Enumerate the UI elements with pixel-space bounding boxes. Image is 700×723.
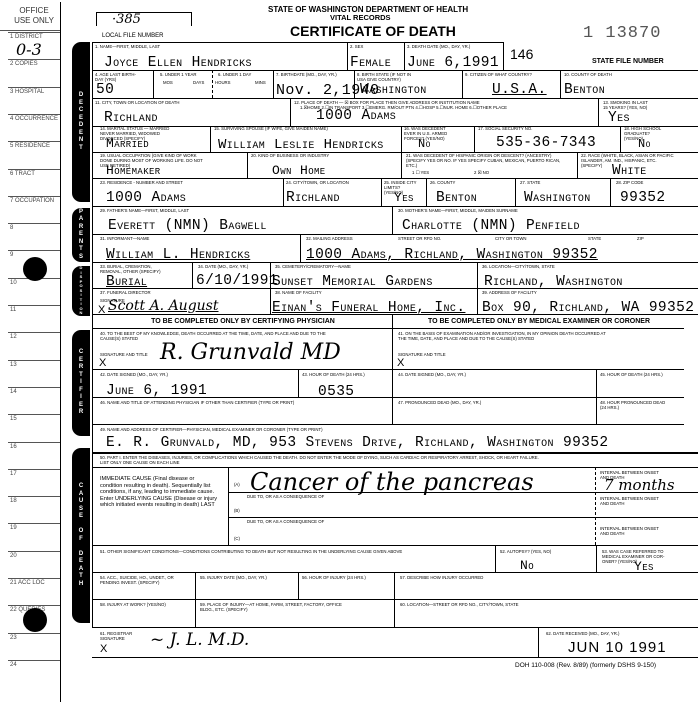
office-row-label: 2 COPIES [10,61,38,67]
f58-label: 58. INJURY AT WORK? (Yes/No) [100,602,166,607]
smoking-value[interactable]: Yes [608,110,630,126]
office-row-divider [8,605,60,606]
f57-label: 57. DESCRIBE HOW INJURY OCCURRED [400,575,483,580]
age-label: 4. AGE LAST BIRTH- DAY (Yrs) [95,72,136,82]
office-row-divider [8,414,60,415]
state-file-label: STATE FILE NUMBER [592,58,664,65]
office-row-divider [8,496,60,497]
examiner-banner: TO BE COMPLETED ONLY BY MEDICAL EXAMINER… [394,318,684,325]
city-of-death-value[interactable]: Richland [104,110,158,126]
res-city-value[interactable]: Richland [286,190,340,206]
office-row-label: 23 [10,635,17,641]
city-sublabel: CITY OR TOWN [495,236,527,241]
zip-value[interactable]: 99352 [620,190,666,206]
city-of-death-label: 11. CITY, TOWN OR LOCATION OF DEATH [95,100,180,105]
office-row-label: 10 [10,280,17,286]
f46-label: 46. NAME AND TITLE OF ATTENDING PHYSICIA… [100,400,294,405]
f55-label: 55. INJURY DATE (Mo., Day, Yr.) [200,575,267,580]
office-row-label: 12 [10,334,17,340]
sex-value[interactable]: Female [350,55,391,71]
f47-label: 47. PRONOUNCED DEAD (Mo., Day, Yr.) [398,400,481,405]
tab-disposition: DISPOSITION [72,266,90,316]
hispanic-yes-option[interactable]: 1 ☐ Yes [412,170,429,175]
tab-parents: PARENTS [72,208,90,262]
zip-label: 28. ZIP CODE [616,180,643,185]
cause-b-label: (B) [234,508,240,513]
office-row-label: 24 [10,662,17,668]
office-row-label: 13 [10,362,17,368]
tab-decedent: DECEDENT [72,42,90,202]
local-file-label: LOCAL FILE NUMBER [102,33,163,39]
immediate-cause-instructions: IMMEDIATE CAUSE (Final disease or condit… [100,476,218,509]
f44-label: 44. DATE SIGNED (Mo., Day, Yr.) [398,372,466,377]
marital-value[interactable]: Married [106,136,149,151]
due-to-c: DUE TO, OR AS A CONSEQUENCE OF [247,519,324,524]
age-value[interactable]: 50 [96,82,114,98]
tab-certifier: CERTIFIER [72,330,90,436]
f40-x: X [99,357,106,369]
mailing-label: 32. MAILING ADDRESS [306,236,353,241]
armed-forces-value[interactable]: No [418,137,431,151]
f43-label: 43. HOUR OF DEATH (24 Hrs.) [302,372,365,377]
hispanic-no-option[interactable]: 2 ☒ No [474,170,489,175]
county-of-death-value[interactable]: Benton [564,82,605,98]
registrar-signature[interactable]: ~ J. L. M.D. [150,630,249,650]
mos-label: MOS [163,80,173,85]
office-row-label: 8 [10,225,13,231]
office-row-label: 6 TRACT [10,171,35,177]
res-state-value[interactable]: Washington [524,190,591,206]
office-row-label: 3 HOSPITAL [10,89,44,95]
f45-label: 45. HOUR OF DEATH (24 Hrs.) [600,372,663,377]
due-to-b: DUE TO, OR AS A CONSEQUENCE OF [247,494,324,499]
disposition-method-label: 33. BURIAL, CREMATION, REMOVAL, OTHER (S… [100,264,161,274]
cemetery-label: 35. CEMETERY/CREMATORY—NAME [275,264,351,269]
citizen-label: 9. CITIZEN OF WHAT COUNTRY? [465,72,532,77]
physician-banner: TO BE COMPLETED ONLY BY CERTIFYING PHYSI… [94,318,392,325]
office-row-divider [8,223,60,224]
spouse-label: 15. SURVIVING SPOUSE (If wife, give maid… [214,126,328,131]
office-row-label: 21 ACC LOC [10,580,45,586]
birth-state-value[interactable]: Washington [360,82,427,98]
office-row-divider [8,442,60,443]
office-row-label: 16 [10,444,17,450]
office-row-divider [8,387,60,388]
f56-label: 56. HOUR OF INJURY (24 Hrs.) [302,575,366,580]
f52-label: 52. AUTOPSY? (Yes, No) [500,549,551,554]
office-row-label: 7 OCCUPATION [10,198,54,204]
cause-a-label: (A) [234,482,240,487]
f41-x: X [397,357,404,369]
office-row-divider [8,59,60,60]
informant-value[interactable]: William L. Hendricks [106,247,250,263]
office-row-divider [8,469,60,470]
office-row-label: 17 [10,471,17,477]
ssn-label: 17. SOCIAL SECURITY NO. [478,126,532,131]
birthdate-label: 7. BIRTHDATE (Mo., Day, Yr.) [276,72,337,77]
part1-label: 50. PART I. ENTER THE DISEASES, INJURIES… [100,455,690,465]
punch-hole [23,257,47,281]
informant-label: 31. INFORMANT—NAME [100,236,149,241]
decedent-name[interactable]: Joyce Ellen Hendricks [104,55,252,71]
interval-c-label: INTERVAL BETWEEN ONSET AND DEATH [600,526,659,536]
facility-label: 38. NAME OF FACILITY [275,290,322,295]
business-label: 20. KIND OF BUSINESS OR INDUSTRY [251,153,329,158]
place-of-death-value[interactable]: 1000 Adams [316,108,396,124]
f59-label: 59. PLACE OF INJURY—AT HOME, FARM, STREE… [200,602,342,612]
business-value[interactable]: Own Home [272,163,326,178]
office-row-divider [8,250,60,251]
f49-label: 49. NAME AND ADDRESS OF CERTIFIER—PHYSIC… [100,427,323,432]
office-use-title: OFFICE USE ONLY [8,6,60,26]
office-row-label: 11 [10,307,16,313]
office-row-divider [8,141,60,142]
mailing-value[interactable]: 1000 Adams, Richland, Washington 99352 [306,247,598,263]
office-row-divider [8,660,60,661]
office-row-divider [8,32,60,33]
f52-value[interactable]: No [520,558,534,573]
registrar-label: 61. REGISTRAR SIGNATURE [100,631,132,641]
office-row-label: 5 RESIDENCE [10,143,50,149]
res-county-value[interactable]: Benton [436,190,477,206]
under-1-day-label: 6. UNDER 1 DAY [218,72,251,77]
zip-sublabel: ZIP [637,236,644,241]
hours-label: HOURS [215,80,231,85]
office-row-divider [8,332,60,333]
state-file-number: 1 13870 [583,24,661,43]
office-row-divider [8,87,60,88]
office-row-divider [8,523,60,524]
funeral-director-label: 37. FUNERAL DIRECTOR [100,290,151,295]
inside-city-value[interactable]: Yes [394,190,414,205]
certificate-title: CERTIFICATE OF DEATH [290,23,456,39]
sex-label: 2. SEX [350,44,363,49]
office-row-divider [8,169,60,170]
form-number: DOH 110-008 (Rev. 8/89) (formerly DSHS 9… [515,662,656,669]
f40-sig-label: SIGNATURE AND TITLE [100,352,148,357]
county-of-death-label: 10. COUNTY OF DEATH [564,72,612,77]
state-sublabel: STATE [588,236,601,241]
father-label: 29. FATHER'S NAME—FIRST, MIDDLE, LAST [100,208,189,213]
office-row-label: 14 [10,389,17,395]
office-row-divider [8,551,60,552]
residence-label: 23. RESIDENCE - NUMBER AND STREET [100,180,183,185]
disposition-date-label: 34. DATE (Mo., Day, Yr.) [198,264,248,269]
office-row-label: 9 [10,252,13,258]
mins-label: MINS [255,80,266,85]
residence-value[interactable]: 1000 Adams [106,190,186,206]
days-label: DAYS [193,80,204,85]
death-date-label: 3. DEATH DATE (Mo., Day, Yr.) [407,44,470,49]
tab-cause-of-death: CAUSE OF DEATH [72,448,90,623]
birth-state-label: 8. BIRTH STATE (If not in USA give count… [357,72,411,82]
date-received-value[interactable]: JUN 10 1991 [568,639,667,656]
high-school-value[interactable]: No [638,137,651,151]
registrar-x: X [100,643,107,655]
under-1-year-label: 5. UNDER 1 YEAR [160,72,196,77]
f60-label: 60. LOCATION—STREET OR RFD NO., CITY/TOW… [400,602,519,607]
death-date-value[interactable]: June 6,1991 [407,55,499,71]
hispanic-label: 21. Was Decedent of Hispanic Origin or d… [406,153,560,168]
office-row-divider [8,633,60,634]
interval-b-label: INTERVAL BETWEEN ONSET AND DEATH [600,496,659,506]
local-file-number: ·385 [112,12,141,27]
location-label: 36. LOCATION—CITY/TOWN, STATE [482,264,555,269]
smoking-label: 13. SMOKING IN LAST 15 YEARS? (Yes, No) [603,100,648,110]
office-row-divider [8,196,60,197]
facility-address-label: 39. ADDRESS OF FACILITY [482,290,537,295]
disposition-date-value[interactable]: 6/10/1991 [196,273,278,289]
date-received-label: 62. DATE RECEIVED (Mo., Day, Yr.) [546,631,619,636]
office-row-label: 4 OCCURRENCE [10,116,58,122]
citizen-value[interactable]: U.S.A. [492,82,547,98]
ssn-value[interactable]: 535-36-7343 [496,135,596,151]
f41-label: 41. ON THE BASIS OF EXAMINATION AND/OR I… [398,331,686,341]
office-row-divider [8,114,60,115]
office-row-label: 20 [10,553,17,559]
res-county-label: 26. COUNTY [430,180,455,185]
res-city-label: 24. CITY/TOWN, OR LOCATION [286,180,349,185]
local-file-bracket [96,12,192,26]
office-row-divider [8,360,60,361]
office-row-label: 15 [10,416,17,422]
office-row-label: 19 [10,525,17,531]
f48-label: 48. HOUR PRONOUNCED DEAD (24 Hrs.) [600,400,665,410]
f51-label: 51. OTHER SIGNIFICANT CONDITIONS—CONDITI… [100,549,402,554]
funeral-director-signature[interactable]: Scott A. August [108,298,219,314]
office-row-divider [8,578,60,579]
punch-hole [23,608,47,632]
code-146: 146 [510,46,533,62]
occupation-value[interactable]: Homemaker [106,163,161,178]
office-row-divider [8,305,60,306]
f54-label: 54. ACC., SUICIDE, HO., UNDET., OR PENDI… [100,575,174,585]
f42-label: 42. DATE SIGNED (Mo., Day, Yr.) [100,372,168,377]
f49-value[interactable]: E. R. Grunvald, MD, 953 Stevens Drive, R… [106,435,608,451]
spouse-value[interactable]: William Leslie Hendricks [218,137,384,153]
district-value: 0-3 [16,40,42,59]
cause-c-label: (C) [234,536,240,541]
res-state-label: 27. STATE [520,180,540,185]
f41-sig-label: SIGNATURE AND TITLE [398,352,446,357]
certifier-signature[interactable]: R. Grunvald MD [160,340,341,365]
name-label: 1. NAME—FIRST, MIDDLE, LAST [95,44,160,49]
division-name: VITAL RECORDS [330,13,391,22]
mother-label: 30. MOTHER'S NAME—FIRST, MIDDLE, MAIDEN … [398,208,518,213]
office-row-label: 18 [10,498,17,504]
street-sublabel: STREET OR RFD NO. [398,236,441,241]
mother-value[interactable]: Charlotte (NMN) Penfield [402,218,580,234]
father-value[interactable]: Everett (NMN) Bagwell [108,218,267,234]
race-value[interactable]: White [612,163,647,179]
